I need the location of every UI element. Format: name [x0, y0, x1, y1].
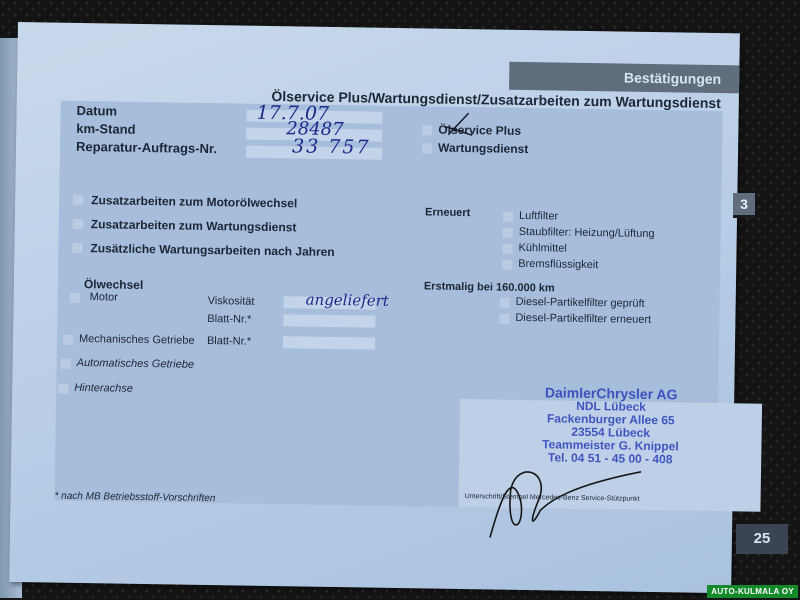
checkmark-icon: [444, 113, 472, 135]
page-number: 25: [736, 524, 788, 554]
handwriting-marks: [9, 22, 740, 593]
chapter-tab: 3: [733, 193, 755, 218]
signature-icon: [490, 469, 641, 539]
service-booklet-page: Bestätigungen Ölservice Plus/Wartungsdie…: [9, 22, 740, 593]
dealer-watermark: AUTO-KULMALA OY: [707, 585, 798, 598]
